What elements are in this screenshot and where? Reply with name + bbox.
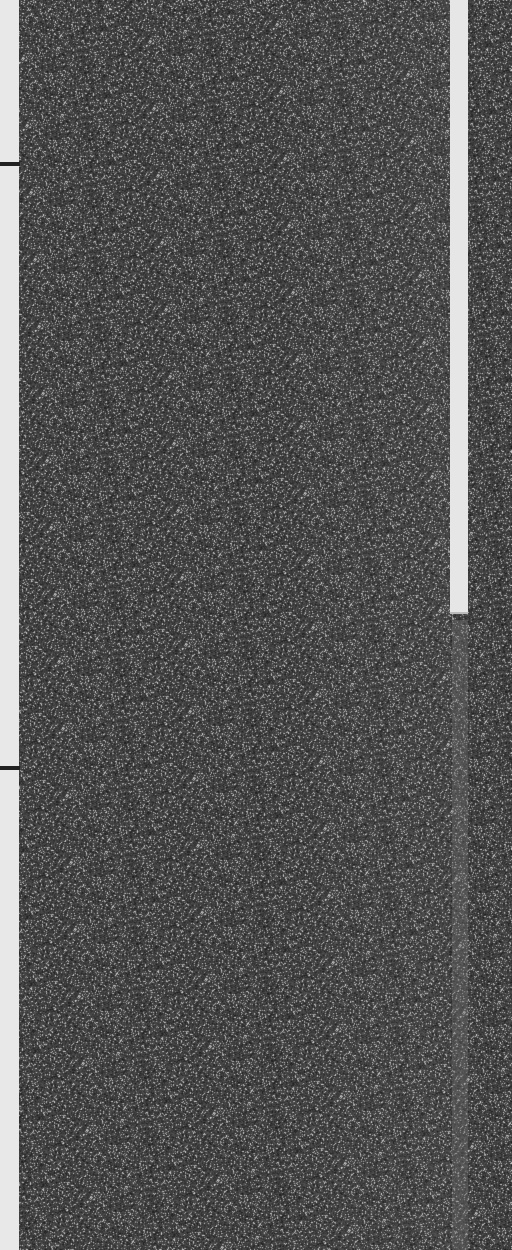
asphalt-texture [0, 0, 512, 1250]
edge-notch [0, 766, 20, 770]
lane-dash-marking [450, 0, 468, 614]
edge-notch [0, 162, 20, 166]
left-edge-line [0, 0, 19, 1250]
road-surface-photo [0, 0, 512, 1250]
lane-wear-trace [452, 620, 468, 1250]
